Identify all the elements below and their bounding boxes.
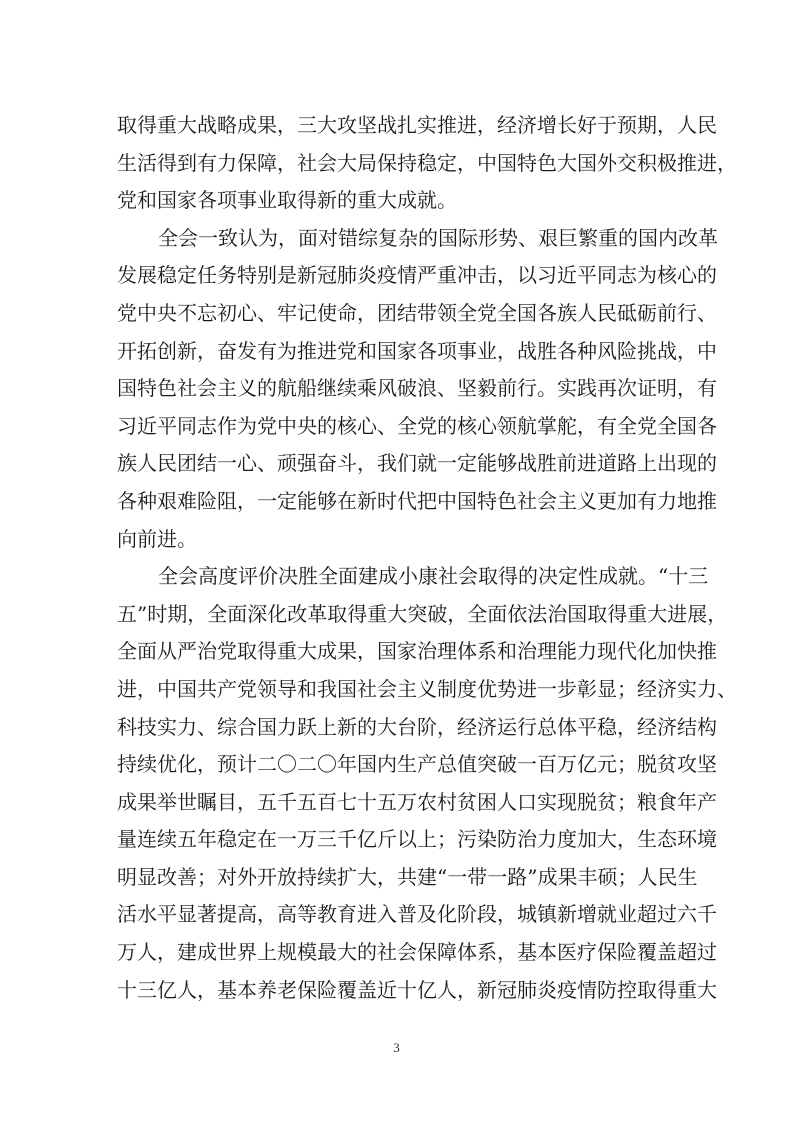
text-line: 活水平显著提高，高等教育进入普及化阶段，城镇新增就业超过六千 — [117, 896, 675, 934]
text-line: 族人民团结一心、顽强奋斗，我们就一定能够战胜前进道路上出现的 — [117, 445, 675, 483]
text-line: 持续优化，预计二〇二〇年国内生产总值突破一百万亿元；脱贫攻坚 — [117, 746, 675, 784]
text-line: 量连续五年稳定在一万三千亿斤以上；污染防治力度加大，生态环境 — [117, 821, 675, 859]
text-line: 成果举世瞩目，五千五百七十五万农村贫困人口实现脱贫；粮食年产 — [117, 784, 675, 822]
text-line: 全面从严治党取得重大成果，国家治理体系和治理能力现代化加快推 — [117, 633, 675, 671]
text-line: 习近平同志作为党中央的核心、全党的核心领航掌舵，有全党全国各 — [117, 408, 675, 446]
text-line: 全会高度评价决胜全面建成小康社会取得的决定性成就。“十三 — [117, 558, 675, 596]
text-line: 发展稳定任务特别是新冠肺炎疫情严重冲击，以习近平同志为核心的 — [117, 257, 675, 295]
text-line: 各种艰难险阻，一定能够在新时代把中国特色社会主义更加有力地推 — [117, 483, 675, 521]
paragraph-3: 全会高度评价决胜全面建成小康社会取得的决定性成就。“十三 五”时期，全面深化改革… — [117, 558, 675, 1009]
text-line: 五”时期，全面深化改革取得重大突破，全面依法治国取得重大进展， — [117, 596, 675, 634]
document-body: 取得重大战略成果，三大攻坚战扎实推进，经济增长好于预期，人民 生活得到有力保障，… — [117, 107, 675, 1009]
paragraph-1: 取得重大战略成果，三大攻坚战扎实推进，经济增长好于预期，人民 生活得到有力保障，… — [117, 107, 675, 220]
text-line: 明显改善；对外开放持续扩大，共建“一带一路”成果丰硕；人民生 — [117, 859, 675, 897]
text-line: 万人，建成世界上规模最大的社会保障体系，基本医疗保险覆盖超过 — [117, 934, 675, 972]
text-line: 党和国家各项事业取得新的重大成就。 — [117, 182, 675, 220]
paragraph-2: 全会一致认为，面对错综复杂的国际形势、艰巨繁重的国内改革 发展稳定任务特别是新冠… — [117, 220, 675, 558]
text-line: 开拓创新，奋发有为推进党和国家各项事业，战胜各种风险挑战，中 — [117, 333, 675, 371]
text-line: 取得重大战略成果，三大攻坚战扎实推进，经济增长好于预期，人民 — [117, 107, 675, 145]
text-line: 科技实力、综合国力跃上新的大台阶，经济运行总体平稳，经济结构 — [117, 709, 675, 747]
text-line: 国特色社会主义的航船继续乘风破浪、坚毅前行。实践再次证明，有 — [117, 370, 675, 408]
text-line: 向前进。 — [117, 521, 675, 559]
text-line: 生活得到有力保障，社会大局保持稳定，中国特色大国外交积极推进， — [117, 145, 675, 183]
text-line: 十三亿人，基本养老保险覆盖近十亿人，新冠肺炎疫情防控取得重大 — [117, 972, 675, 1010]
page-number: 3 — [0, 1040, 793, 1056]
text-line: 党中央不忘初心、牢记使命，团结带领全党全国各族人民砥砺前行、 — [117, 295, 675, 333]
document-page: 取得重大战略成果，三大攻坚战扎实推进，经济增长好于预期，人民 生活得到有力保障，… — [0, 0, 793, 1122]
text-line: 全会一致认为，面对错综复杂的国际形势、艰巨繁重的国内改革 — [117, 220, 675, 258]
text-line: 进，中国共产党领导和我国社会主义制度优势进一步彰显；经济实力、 — [117, 671, 675, 709]
